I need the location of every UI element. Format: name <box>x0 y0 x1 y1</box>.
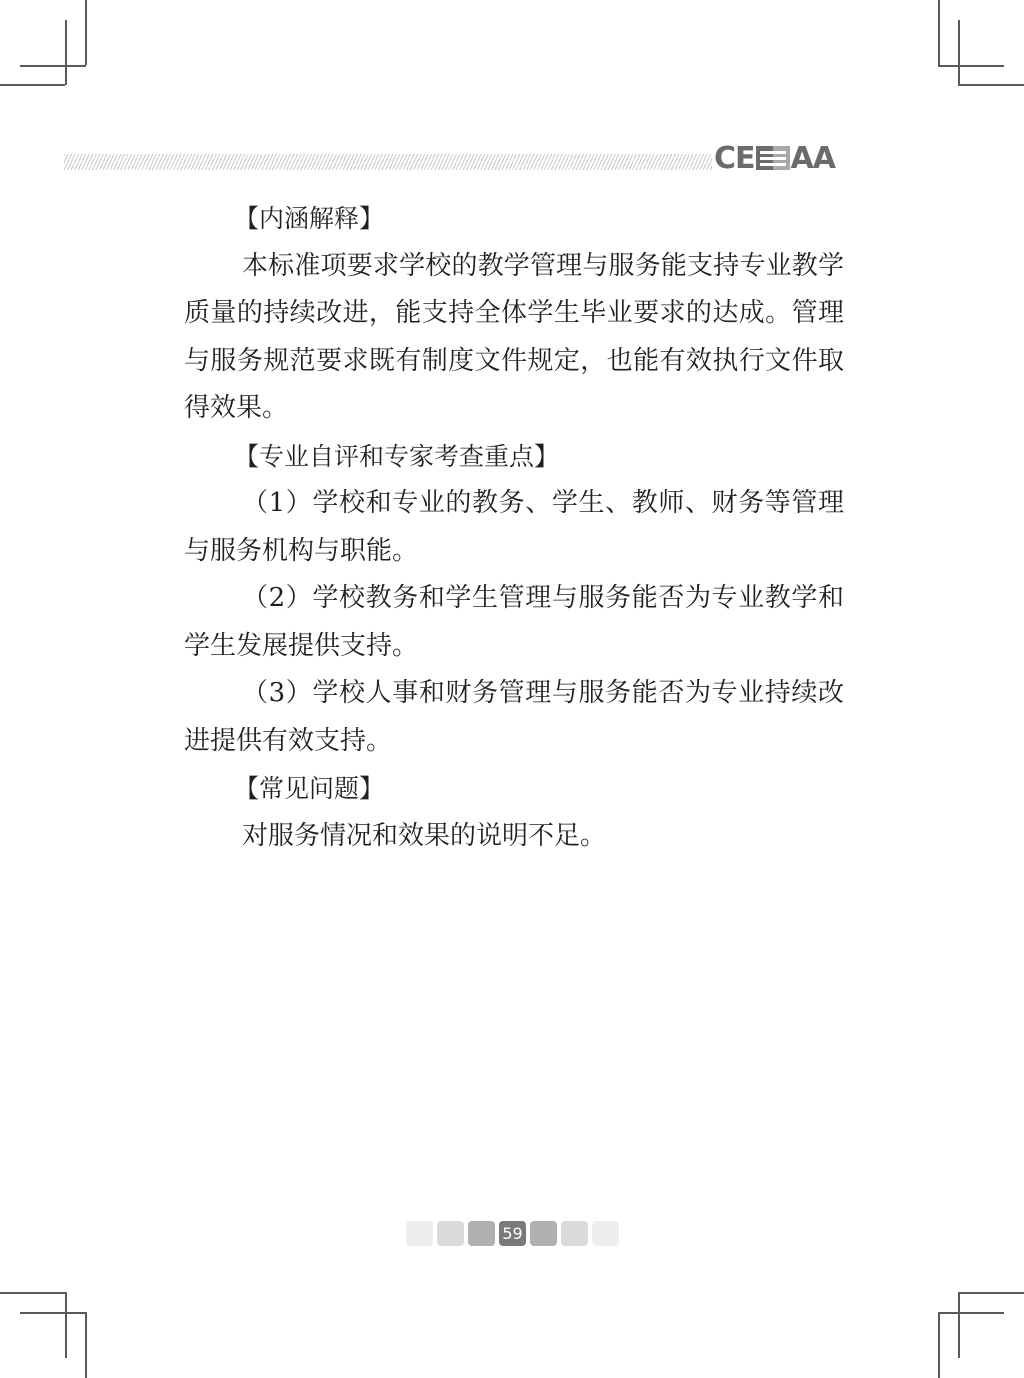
crop-mark <box>65 20 67 85</box>
crop-mark <box>958 1292 1024 1294</box>
paragraph: 对服务情况和效果的说明不足。 <box>184 813 844 861</box>
crop-mark <box>0 84 65 86</box>
pager-decor-block <box>592 1221 619 1246</box>
list-item: （3）学校人事和财务管理与服务能否为专业持续改进提供有效支持。 <box>184 670 844 765</box>
crop-mark <box>0 1292 65 1294</box>
crop-mark <box>85 0 87 65</box>
page-body: 【内涵解释】 本标准项要求学校的教学管理与服务能支持专业教学质量的持续改进，能支… <box>184 195 844 860</box>
list-item: （1）学校和专业的教务、学生、教师、财务等管理与服务机构与职能。 <box>184 480 844 575</box>
crop-mark <box>20 1312 86 1314</box>
header-hatched-rule <box>64 154 712 170</box>
page-number-strip: 59 <box>406 1221 619 1246</box>
pager-decor-block <box>437 1221 464 1246</box>
crop-mark <box>938 0 940 65</box>
pager-decor-block <box>468 1221 495 1246</box>
pager-decor-block <box>406 1221 433 1246</box>
section-heading: 【专业自评和专家考查重点】 <box>184 433 844 481</box>
logo-text-right: AA <box>791 141 835 176</box>
list-item: （2）学校教务和学生管理与服务能否为专业教学和学生发展提供支持。 <box>184 575 844 670</box>
paragraph: 本标准项要求学校的教学管理与服务能支持专业教学质量的持续改进，能支持全体学生毕业… <box>184 243 844 433</box>
page-number: 59 <box>499 1221 526 1246</box>
section-heading: 【内涵解释】 <box>184 195 844 243</box>
crop-mark <box>958 84 1024 86</box>
logo-mark-icon <box>756 146 790 170</box>
crop-mark <box>938 65 1004 67</box>
section-heading: 【常见问题】 <box>184 765 844 813</box>
pager-decor-block <box>561 1221 588 1246</box>
logo-text-left: CE <box>714 141 755 176</box>
crop-mark <box>65 1292 67 1358</box>
crop-mark <box>958 20 960 85</box>
crop-mark <box>958 1292 960 1358</box>
crop-mark <box>85 1312 87 1378</box>
crop-mark <box>938 1312 940 1378</box>
crop-mark <box>938 1312 1004 1314</box>
pager-decor-block <box>530 1221 557 1246</box>
crop-mark <box>20 65 86 67</box>
ceeaa-logo: CE AA <box>714 142 835 174</box>
